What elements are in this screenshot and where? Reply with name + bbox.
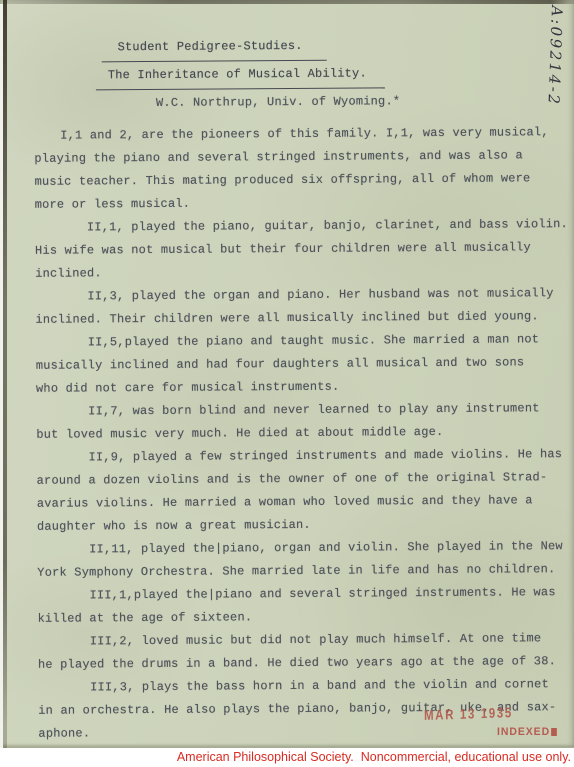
byline-row: W.C. Northrup, Univ. of Wyoming.* — [34, 87, 546, 118]
text-line: avarius violins. He married a woman who … — [37, 489, 549, 516]
date-received-stamp: MAR 13 1935 — [424, 704, 513, 723]
paragraph: II,1, played the piano, guitar, banjo, c… — [35, 213, 547, 286]
subtitle-row: The Inheritance of Musical Ability. — [34, 59, 546, 91]
text-line: aphone. — [38, 719, 550, 746]
indexed-stamp: INDEXED — [497, 726, 557, 738]
document-body: I,1 and 2, are the pioneers of this fami… — [34, 121, 550, 746]
text-line: II,3, played the organ and piano. Her hu… — [87, 282, 547, 308]
scan-edge-left-dark — [3, 0, 7, 748]
paragraph: II,3, played the organ and piano. Her hu… — [35, 282, 547, 332]
footer-credit: American Philosophical Society. Noncomme… — [0, 748, 574, 767]
paragraph: III,2, loved music but did not play much… — [38, 627, 550, 677]
text-line: II,9, played a few stringed instruments … — [88, 443, 548, 469]
text-line: III,3, plays the bass horn in a band and… — [90, 673, 550, 699]
text-line: III,2, loved music but did not play much… — [90, 627, 550, 653]
paragraph: II,11, played the|piano, organ and violi… — [37, 535, 549, 585]
text-line: musically inclined and had four daughter… — [36, 351, 548, 378]
byline: W.C. Northrup, Univ. of Wyoming.* — [156, 88, 400, 117]
paragraph: III,1,played the|piano and several strin… — [37, 581, 549, 631]
text-line: II,5,played the piano and taught music. … — [88, 328, 548, 354]
paragraph: I,1 and 2, are the pioneers of this fami… — [34, 121, 547, 217]
scan-edge-top — [0, 0, 574, 4]
scanned-document-page: A:09214-2 Student Pedigree-Studies. The … — [0, 0, 574, 767]
text-line: music teacher. This mating produced six … — [34, 167, 546, 194]
archival-number-handwritten: A:09214-2 — [544, 5, 566, 106]
title-row: Student Pedigree-Studies. — [34, 31, 546, 63]
typed-content: Student Pedigree-Studies. The Inheritanc… — [34, 31, 551, 746]
text-line: I,1 and 2, are the pioneers of this fami… — [60, 121, 546, 147]
text-line: III,1,played the|piano and several strin… — [89, 581, 549, 607]
paragraph: II,9, played a few stringed instruments … — [36, 443, 549, 539]
text-line: II,1, played the piano, guitar, banjo, c… — [87, 213, 547, 239]
text-line: His wife was not musical but their four … — [35, 236, 547, 263]
text-line: II,7, was born blind and never learned t… — [88, 397, 548, 423]
doc-title: Student Pedigree-Studies. — [102, 33, 327, 63]
paragraph: II,7, was born blind and never learned t… — [36, 397, 548, 447]
doc-subtitle: The Inheritance of Musical Ability. — [96, 60, 385, 90]
paragraph: II,5,played the piano and taught music. … — [36, 328, 548, 401]
text-line: II,11, played the|piano, organ and violi… — [89, 535, 549, 561]
